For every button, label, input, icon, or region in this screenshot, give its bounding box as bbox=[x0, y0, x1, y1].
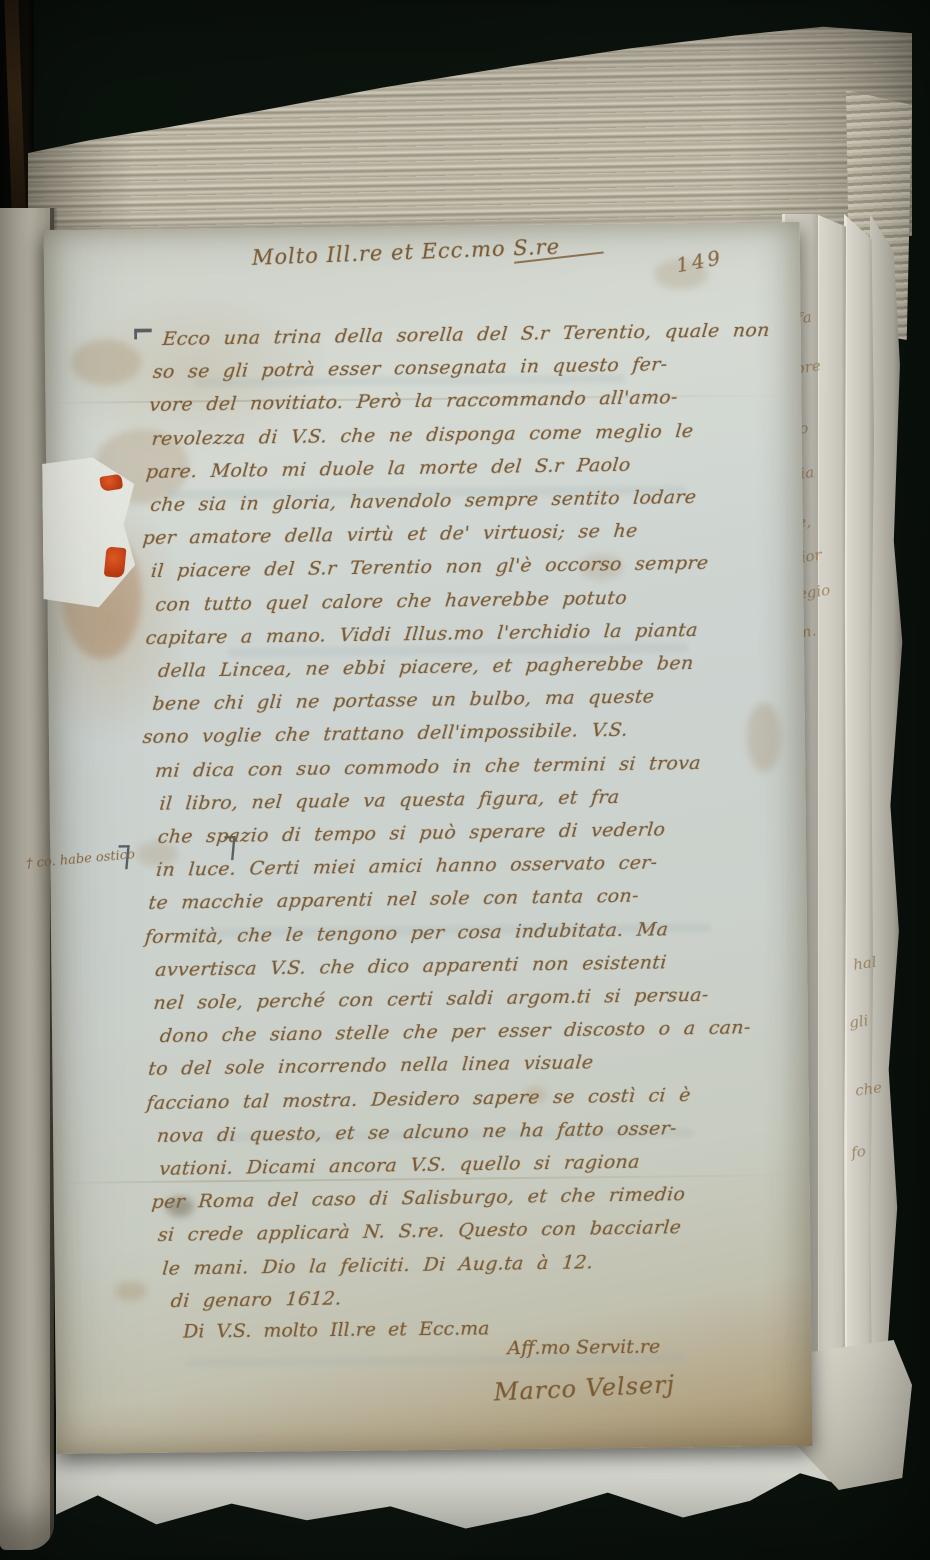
closing-line: Di V.S. molto Ill.re et Ecc.ma bbox=[183, 1317, 490, 1342]
letter-line: il piacere del S.r Terentio non gl'è occ… bbox=[150, 552, 709, 582]
foxing-stain bbox=[747, 702, 782, 772]
foxing-stain bbox=[71, 339, 141, 386]
photograph-of-bound-letter: fabreoriae,piorlegiom.halglichefo Molto … bbox=[0, 0, 930, 1560]
letter-line: di genaro 1612. bbox=[170, 1287, 343, 1312]
letter-line: vore del novitiato. Però la raccommando … bbox=[148, 387, 678, 417]
bleedthrough-word: hal bbox=[852, 953, 878, 974]
top-page-stack-edges bbox=[28, 18, 912, 236]
letter-line: vationi. Dicami ancora V.S. quello si ra… bbox=[158, 1151, 640, 1180]
letter-line: sono voglie che trattano dell'impossibil… bbox=[142, 719, 629, 748]
page-edge-strip bbox=[816, 214, 846, 1472]
letter-line: il libro, nel quale va questa figura, et… bbox=[159, 786, 621, 815]
letter-line: Ecco una trina della sorella del S.r Ter… bbox=[162, 319, 771, 350]
page-edge-strip bbox=[870, 214, 904, 1472]
foxing-stain bbox=[115, 1281, 147, 1301]
letter-line: nel sole, perché con certi saldi argom.t… bbox=[153, 984, 710, 1014]
folio-number: 149 bbox=[674, 245, 725, 277]
letter-line: che spazio di tempo si può sperare di ve… bbox=[157, 818, 666, 848]
letter-line: si crede applicarà N. S.re. Questo con b… bbox=[157, 1217, 682, 1247]
bleedthrough-word: che bbox=[854, 1078, 883, 1100]
letter-line: bene chi gli ne portasse un bulbo, ma qu… bbox=[151, 686, 655, 715]
valediction-line: Aff.mo Servit.re bbox=[507, 1336, 660, 1360]
letter-line: dono che siano stelle che per esser disc… bbox=[159, 1017, 752, 1048]
letter-line: con tutto quel calore che haverebbe potu… bbox=[154, 586, 628, 615]
signature: Marco Velserj bbox=[493, 1370, 675, 1406]
salutation-line: Molto Ill.re et Ecc.mo S.re bbox=[252, 235, 561, 270]
bleedthrough-word: fo bbox=[850, 1142, 867, 1162]
manuscript-page: Molto Ill.re et Ecc.mo S.re 149 ⌐ ˥ ˥ Ec… bbox=[44, 222, 813, 1454]
sealing-wax-fragment bbox=[104, 546, 127, 578]
letter-line: per amatore della virtù et de' virtuosi;… bbox=[142, 520, 639, 549]
letter-line: nova di questo, et se alcuno ne ha fatto… bbox=[156, 1117, 678, 1147]
letter-line: to del sole incorrendo nella linea visua… bbox=[147, 1052, 594, 1081]
letter-line: pare. Molto mi duole la morte del S.r Pa… bbox=[145, 454, 632, 483]
letter-line: formità, che le tengono per cosa indubit… bbox=[144, 918, 669, 948]
letter-line: mi dica con suo commodo in che termini s… bbox=[154, 752, 702, 782]
letter-line: le mani. Dio la feliciti. Di Aug.ta à 12… bbox=[161, 1251, 594, 1279]
page-edge-strip bbox=[844, 214, 874, 1472]
letter-line: avvertisca V.S. che dico apparenti non e… bbox=[154, 951, 667, 981]
bleedthrough-word: gli bbox=[848, 1011, 870, 1031]
letter-line: facciano tal mostra. Desidero sapere se … bbox=[146, 1084, 692, 1114]
letter-line: revolezza di V.S. che ne disponga come m… bbox=[151, 420, 695, 450]
editor-bracket-mark: ⌐ bbox=[132, 307, 153, 359]
letter-line: per Roma del caso di Salisburgo, et che … bbox=[151, 1183, 687, 1213]
letter-line: te macchie apparenti nel sole con tanta … bbox=[148, 885, 640, 914]
